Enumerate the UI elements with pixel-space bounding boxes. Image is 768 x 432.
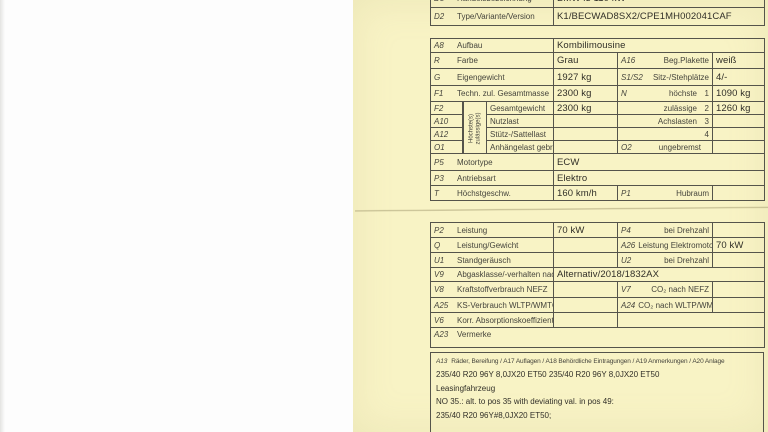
- cell-value: [554, 313, 618, 328]
- field-code: O1: [434, 143, 445, 152]
- row-u1-standgeraeusch: U1 Standgeräusch U2 bei Drehzahl: [431, 253, 765, 268]
- cell-value: 1927 kg: [554, 69, 618, 86]
- row-p3-antriebsart: P3 Antriebsart Elektro: [431, 171, 765, 186]
- cell-right-value: [713, 186, 765, 201]
- cell-value: Elektro: [554, 171, 765, 186]
- cell-right-label: P4 bei Drehzahl: [618, 223, 713, 238]
- cell-value: K1/BECWAD8SX2/CPE1MH002041CAF: [554, 8, 765, 26]
- field-label: Handelsbezeichnung: [457, 0, 532, 3]
- cell-value: 2300 kg: [554, 102, 618, 115]
- cell-value: [554, 298, 618, 313]
- field-code: S1/S2: [621, 73, 643, 82]
- field-label: Achslasten: [658, 117, 697, 126]
- field-label: Leistung: [457, 226, 487, 235]
- row-f1-gesamtmasse: F1 Techn. zul. Gesamtmasse 2300 kg N höc…: [431, 86, 765, 102]
- rotated-label-hoechste-zulaessige: Höchste(s) zulässige(s): [463, 102, 487, 154]
- cell-label: F1 Techn. zul. Gesamtmasse: [431, 86, 554, 102]
- field-code: P4: [621, 226, 631, 235]
- field-value: 160 km/h: [557, 188, 597, 199]
- field-label: Anhängelast gebr.: [490, 143, 554, 152]
- field-label: KS-Verbrauch WLTP/WMTC: [457, 301, 554, 310]
- cell-value: [554, 141, 618, 154]
- cell-code: A10: [431, 115, 463, 128]
- section-a13-raeder-bereifung: A13 Räder, Bereifung / A17 Auflagen / A1…: [430, 352, 764, 432]
- cell-right-value: [713, 253, 765, 268]
- cell-value: [554, 253, 618, 268]
- field-label: Beg.Plakette: [664, 56, 709, 65]
- cell-right-value: 4/-: [713, 69, 765, 86]
- paper-fold-crease: [355, 202, 768, 216]
- field-code: O2: [621, 143, 632, 152]
- field-code: Q: [434, 241, 454, 250]
- cell-label: D2 Type/Variante/Version: [431, 8, 554, 26]
- rot-line-1: Höchste(s): [469, 112, 476, 144]
- field-label: Type/Variante/Version: [457, 12, 535, 21]
- field-label: zulässige: [664, 104, 697, 113]
- cell-right-label: O2 ungebremst: [618, 141, 713, 154]
- cell-right-value: [713, 141, 765, 154]
- cell-value: Kombilimousine: [554, 39, 765, 53]
- cell-label: G Eigengewicht: [431, 69, 554, 86]
- cell-label: A8 Aufbau: [431, 39, 554, 53]
- cell-value: [554, 128, 618, 141]
- section-weights-engine: Höchste(s) zulässige(s) A8 Aufbau Kombil…: [430, 38, 765, 201]
- field-value: 70 kW: [557, 225, 584, 236]
- field-label: höchste: [669, 89, 697, 98]
- cell-right-label: 4: [618, 128, 713, 141]
- field-value: ECW: [557, 157, 579, 168]
- field-value: 1090 kg: [716, 88, 751, 99]
- cell-code: A12: [431, 128, 463, 141]
- cell-right-value: 1260 kg: [713, 102, 765, 115]
- field-label: Höchstgeschw.: [457, 189, 511, 198]
- cell-label: U1 Standgeräusch: [431, 253, 554, 268]
- field-index: 3: [700, 117, 709, 126]
- field-code: F2: [434, 104, 443, 113]
- field-label: Stütz-/Sattellast: [490, 130, 546, 139]
- cell-label: V8 Kraftstoffverbrauch NEFZ: [431, 282, 554, 298]
- field-label: Standgeräusch: [457, 256, 511, 265]
- a13-note-line: NO 35.: alt. to pos 35 with deviating va…: [436, 395, 758, 409]
- row-v9-abgasklasse: V9 Abgasklasse/-verhalten nach Alternati…: [431, 268, 765, 282]
- row-a25-ks-verbrauch-wltp: A25 KS-Verbrauch WLTP/WMTC A24 CO₂ nach …: [431, 298, 765, 313]
- field-code: V7: [621, 285, 631, 294]
- field-code: T: [434, 189, 454, 198]
- cell-value: [554, 115, 618, 128]
- field-code: G: [434, 73, 454, 82]
- field-label: Motortype: [457, 158, 493, 167]
- field-value: K1/BECWAD8SX2/CPE1MH002041CAF: [557, 11, 732, 22]
- cell-right-value: [713, 282, 765, 298]
- cell-label: Nutzlast: [487, 115, 554, 128]
- field-code: R: [434, 56, 454, 65]
- cell-value: ECW: [554, 154, 765, 171]
- cell-label: V9 Abgasklasse/-verhalten nach: [431, 268, 554, 282]
- cell-label: P2 Leistung: [431, 223, 554, 238]
- cell-label: D3 Handelsbezeichnung: [431, 0, 554, 8]
- row-v6-absorptionskoeffizient: V6 Korr. Absorptionskoeffizient: [431, 313, 765, 328]
- field-value: 1260 kg: [716, 103, 751, 114]
- row-t-hoechstgeschwindigkeit: T Höchstgeschw. 160 km/h P1 Hubraum: [431, 186, 765, 201]
- section-type-identification: D3 Handelsbezeichnung BMW i3 110 kW D2 T…: [430, 0, 765, 26]
- field-label: Gesamtgewicht: [490, 104, 545, 113]
- row-d2-type-variante-version: D2 Type/Variante/Version K1/BECWAD8SX2/C…: [431, 8, 765, 26]
- a13-tire-alt-line: 235/40 R20 96Y#8,0JX20 ET50;: [436, 409, 758, 423]
- field-code: N: [621, 89, 627, 98]
- field-code: A23: [434, 330, 454, 339]
- cell-label: P5 Motortype: [431, 154, 554, 171]
- field-code: P1: [621, 189, 631, 198]
- row-r-farbe: R Farbe Grau A16 Beg.Plakette weiß: [431, 53, 765, 69]
- field-value: 1927 kg: [557, 72, 592, 83]
- field-label: Vermerke: [457, 330, 491, 339]
- field-index: 4: [700, 130, 709, 139]
- cell-label: T Höchstgeschw.: [431, 186, 554, 201]
- a13-tire-spec-line: 235/40 R20 96Y 8,0JX20 ET50 235/40 R20 9…: [436, 368, 758, 382]
- field-value: 2300 kg: [557, 103, 592, 114]
- field-code: V9: [434, 270, 454, 279]
- field-value: Kombilimousine: [557, 40, 625, 51]
- field-label: ungebremst: [659, 143, 701, 152]
- field-label: Leistung/Gewicht: [457, 241, 518, 250]
- scan-page-edge: [0, 0, 5, 432]
- field-code: U1: [434, 256, 454, 265]
- row-a8-aufbau: A8 Aufbau Kombilimousine: [431, 39, 765, 53]
- cell-right-label: A16 Beg.Plakette: [618, 53, 713, 69]
- cell-label: Gesamtgewicht: [487, 102, 554, 115]
- cell-right-label: N höchste 1: [618, 86, 713, 102]
- section-performance-emissions: P2 Leistung 70 kW P4 bei Drehzahl Q Leis…: [430, 222, 765, 348]
- cell-right-value: [713, 223, 765, 238]
- row-p2-leistung: P2 Leistung 70 kW P4 bei Drehzahl: [431, 223, 765, 238]
- field-label: CO₂ nach NEFZ: [651, 285, 709, 294]
- field-code: A12: [434, 130, 448, 139]
- cell-code: F2: [431, 102, 463, 115]
- field-value: BMW i3 110 kW: [557, 0, 626, 4]
- field-label: Leistung Elektromotor: [638, 241, 713, 250]
- field-value: 2300 kg: [557, 88, 592, 99]
- field-code: P5: [434, 158, 454, 167]
- cell-right-label: P1 Hubraum: [618, 186, 713, 201]
- field-code: A25: [434, 301, 454, 310]
- field-label: Kraftstoffverbrauch NEFZ: [457, 285, 548, 294]
- cell-value: Alternativ/2018/1832AX: [554, 268, 765, 282]
- row-handelsbezeichnung: D3 Handelsbezeichnung BMW i3 110 kW: [431, 0, 765, 8]
- cell-right-label: Achslasten 3: [618, 115, 713, 128]
- field-code: F1: [434, 89, 454, 98]
- cell-label: Q Leistung/Gewicht: [431, 238, 554, 253]
- cell-merged-empty: [618, 313, 765, 328]
- field-label: Farbe: [457, 56, 478, 65]
- cell-value: 2300 kg: [554, 86, 618, 102]
- cell-value: 70 kW: [554, 223, 618, 238]
- field-code: A13: [436, 358, 447, 365]
- cell-right-label: S1/S2 Sitz-/Stehplätze: [618, 69, 713, 86]
- field-label: Sitz-/Stehplätze: [653, 73, 709, 82]
- field-value: 70 kW: [716, 240, 743, 251]
- cell-label: R Farbe: [431, 53, 554, 69]
- field-index: 1: [700, 89, 709, 98]
- row-a23-vermerke: A23 Vermerke: [431, 328, 765, 348]
- row-g-eigengewicht: G Eigengewicht 1927 kg S1/S2 Sitz-/Stehp…: [431, 69, 765, 86]
- a13-header-text: Räder, Bereifung / A17 Auflagen / A18 Be…: [451, 358, 724, 365]
- field-code: D2: [434, 12, 454, 21]
- field-code: A26: [621, 241, 635, 250]
- row-v8-kraftstoffverbrauch-nefz: V8 Kraftstoffverbrauch NEFZ V7 CO₂ nach …: [431, 282, 765, 298]
- field-code: P2: [434, 226, 454, 235]
- field-value: Elektro: [557, 173, 587, 184]
- cell-value: BMW i3 110 kW: [554, 0, 765, 8]
- field-code: A24: [621, 301, 635, 310]
- field-label: bei Drehzahl: [664, 226, 709, 235]
- cell-right-label: zulässige 2: [618, 102, 713, 115]
- field-label: Nutzlast: [490, 117, 519, 126]
- field-value: 4/-: [716, 72, 727, 83]
- cell-label: P3 Antriebsart: [431, 171, 554, 186]
- field-code: A10: [434, 117, 448, 126]
- a13-leasing-line: Leasingfahrzeug: [436, 382, 758, 396]
- cell-right-value: weiß: [713, 53, 765, 69]
- cell-right-value: [713, 128, 765, 141]
- row-p5-motortype: P5 Motortype ECW: [431, 154, 765, 171]
- cell-right-value: 1090 kg: [713, 86, 765, 102]
- field-label: Abgasklasse/-verhalten nach: [457, 270, 554, 279]
- field-label: Korr. Absorptionskoeffizient: [457, 316, 554, 325]
- field-code: A8: [434, 41, 454, 50]
- a13-header: A13 Räder, Bereifung / A17 Auflagen / A1…: [436, 355, 758, 368]
- cell-right-value: 70 kW: [713, 238, 765, 253]
- field-label: bei Drehzahl: [664, 256, 709, 265]
- field-code: A16: [621, 56, 635, 65]
- field-label: Aufbau: [457, 41, 482, 50]
- field-value: Grau: [557, 55, 579, 66]
- field-code: U2: [621, 256, 631, 265]
- cell-vermerke: A23 Vermerke: [431, 328, 765, 348]
- field-label: CO₂ nach WLTP/WMTC: [638, 301, 713, 310]
- row-q-leistung-gewicht: Q Leistung/Gewicht A26 Leistung Elektrom…: [431, 238, 765, 253]
- rotated-label-text: Höchste(s) zulässige(s): [469, 112, 482, 144]
- cell-right-value: [713, 298, 765, 313]
- cell-right-label: V7 CO₂ nach NEFZ: [618, 282, 713, 298]
- cell-right-value: [713, 115, 765, 128]
- cell-value: [554, 238, 618, 253]
- field-code: V6: [434, 316, 454, 325]
- cell-label: A25 KS-Verbrauch WLTP/WMTC: [431, 298, 554, 313]
- field-label: Hubraum: [676, 189, 709, 198]
- cell-label: V6 Korr. Absorptionskoeffizient: [431, 313, 554, 328]
- field-label: Techn. zul. Gesamtmasse: [457, 89, 549, 98]
- rot-line-2: zulässige(s): [475, 112, 482, 144]
- cell-label: Stütz-/Sattellast: [487, 128, 554, 141]
- field-value: Alternativ/2018/1832AX: [557, 269, 659, 280]
- cell-code: O1: [431, 141, 463, 154]
- field-code: P3: [434, 174, 454, 183]
- field-label: Antriebsart: [457, 174, 496, 183]
- field-code: D3: [434, 0, 454, 3]
- field-code: V8: [434, 285, 454, 294]
- cell-value: 160 km/h: [554, 186, 618, 201]
- field-label: Eigengewicht: [457, 73, 505, 82]
- cell-right-label: A26 Leistung Elektromotor: [618, 238, 713, 253]
- field-index: 2: [700, 104, 709, 113]
- cell-value: [554, 282, 618, 298]
- cell-right-label: A24 CO₂ nach WLTP/WMTC: [618, 298, 713, 313]
- cell-right-label: U2 bei Drehzahl: [618, 253, 713, 268]
- cell-value: Grau: [554, 53, 618, 69]
- field-value: weiß: [716, 55, 736, 66]
- cell-label: Anhängelast gebr.: [487, 141, 554, 154]
